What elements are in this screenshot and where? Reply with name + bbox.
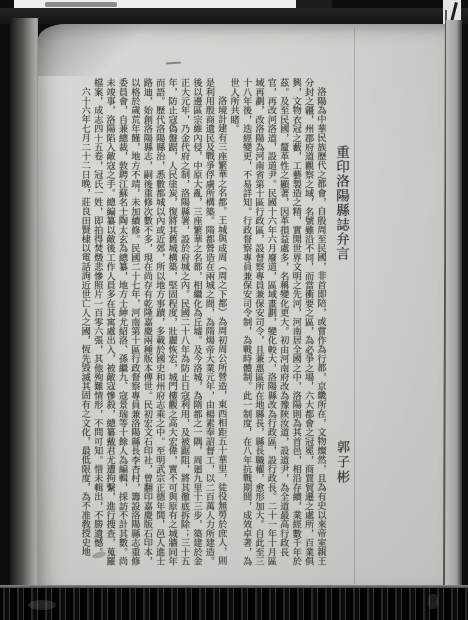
page: 重印洛陽縣誌弁言 郭子彬 洛陽為中華民族歷代之都會，自殷周至民國，非首即陪，或嘗… <box>38 24 446 588</box>
preface-paragraph: 六十六年七月二十二日晚，莊良田賢棣以電話詢近世亡人之國，恆先毀滅其固有之文化，最… <box>78 78 90 568</box>
page-edge-right <box>446 20 462 590</box>
scan-smudge <box>296 0 332 8</box>
preface-paragraph: 洛陽為中華民族歷代之都會，自殷周至民國，非首即陪，或嘗作為行都，京畿所在，文物燦… <box>227 78 326 568</box>
printers-dash-mark <box>166 62 181 65</box>
preface-paragraph: 洛境計建有三座繁華之名都。王城與成周（周之下都）為周初周公所營造，東西相距五十華… <box>90 78 226 568</box>
scan-speck <box>428 594 438 609</box>
page-edges-bottom <box>0 588 468 620</box>
preface-text: 洛陽為中華民族歷代之都會，自殷周至民國，非首即陪，或嘗作為行都，京畿所在，文物燦… <box>66 78 326 568</box>
page-title: 重印洛陽縣誌弁言 <box>331 145 351 275</box>
scan-smudge <box>45 2 117 7</box>
author-byline: 郭子彬 <box>332 440 351 496</box>
page-fold-line <box>354 28 355 584</box>
page-corner-curl <box>38 24 168 76</box>
scanned-book-photo: 重印洛陽縣誌弁言 郭子彬 洛陽為中華民族歷代之都會，自殷周至民國，非首即陪，或嘗… <box>0 0 468 620</box>
book-spine <box>10 18 38 592</box>
scan-gap-band <box>0 8 468 24</box>
scan-speck <box>28 600 56 610</box>
